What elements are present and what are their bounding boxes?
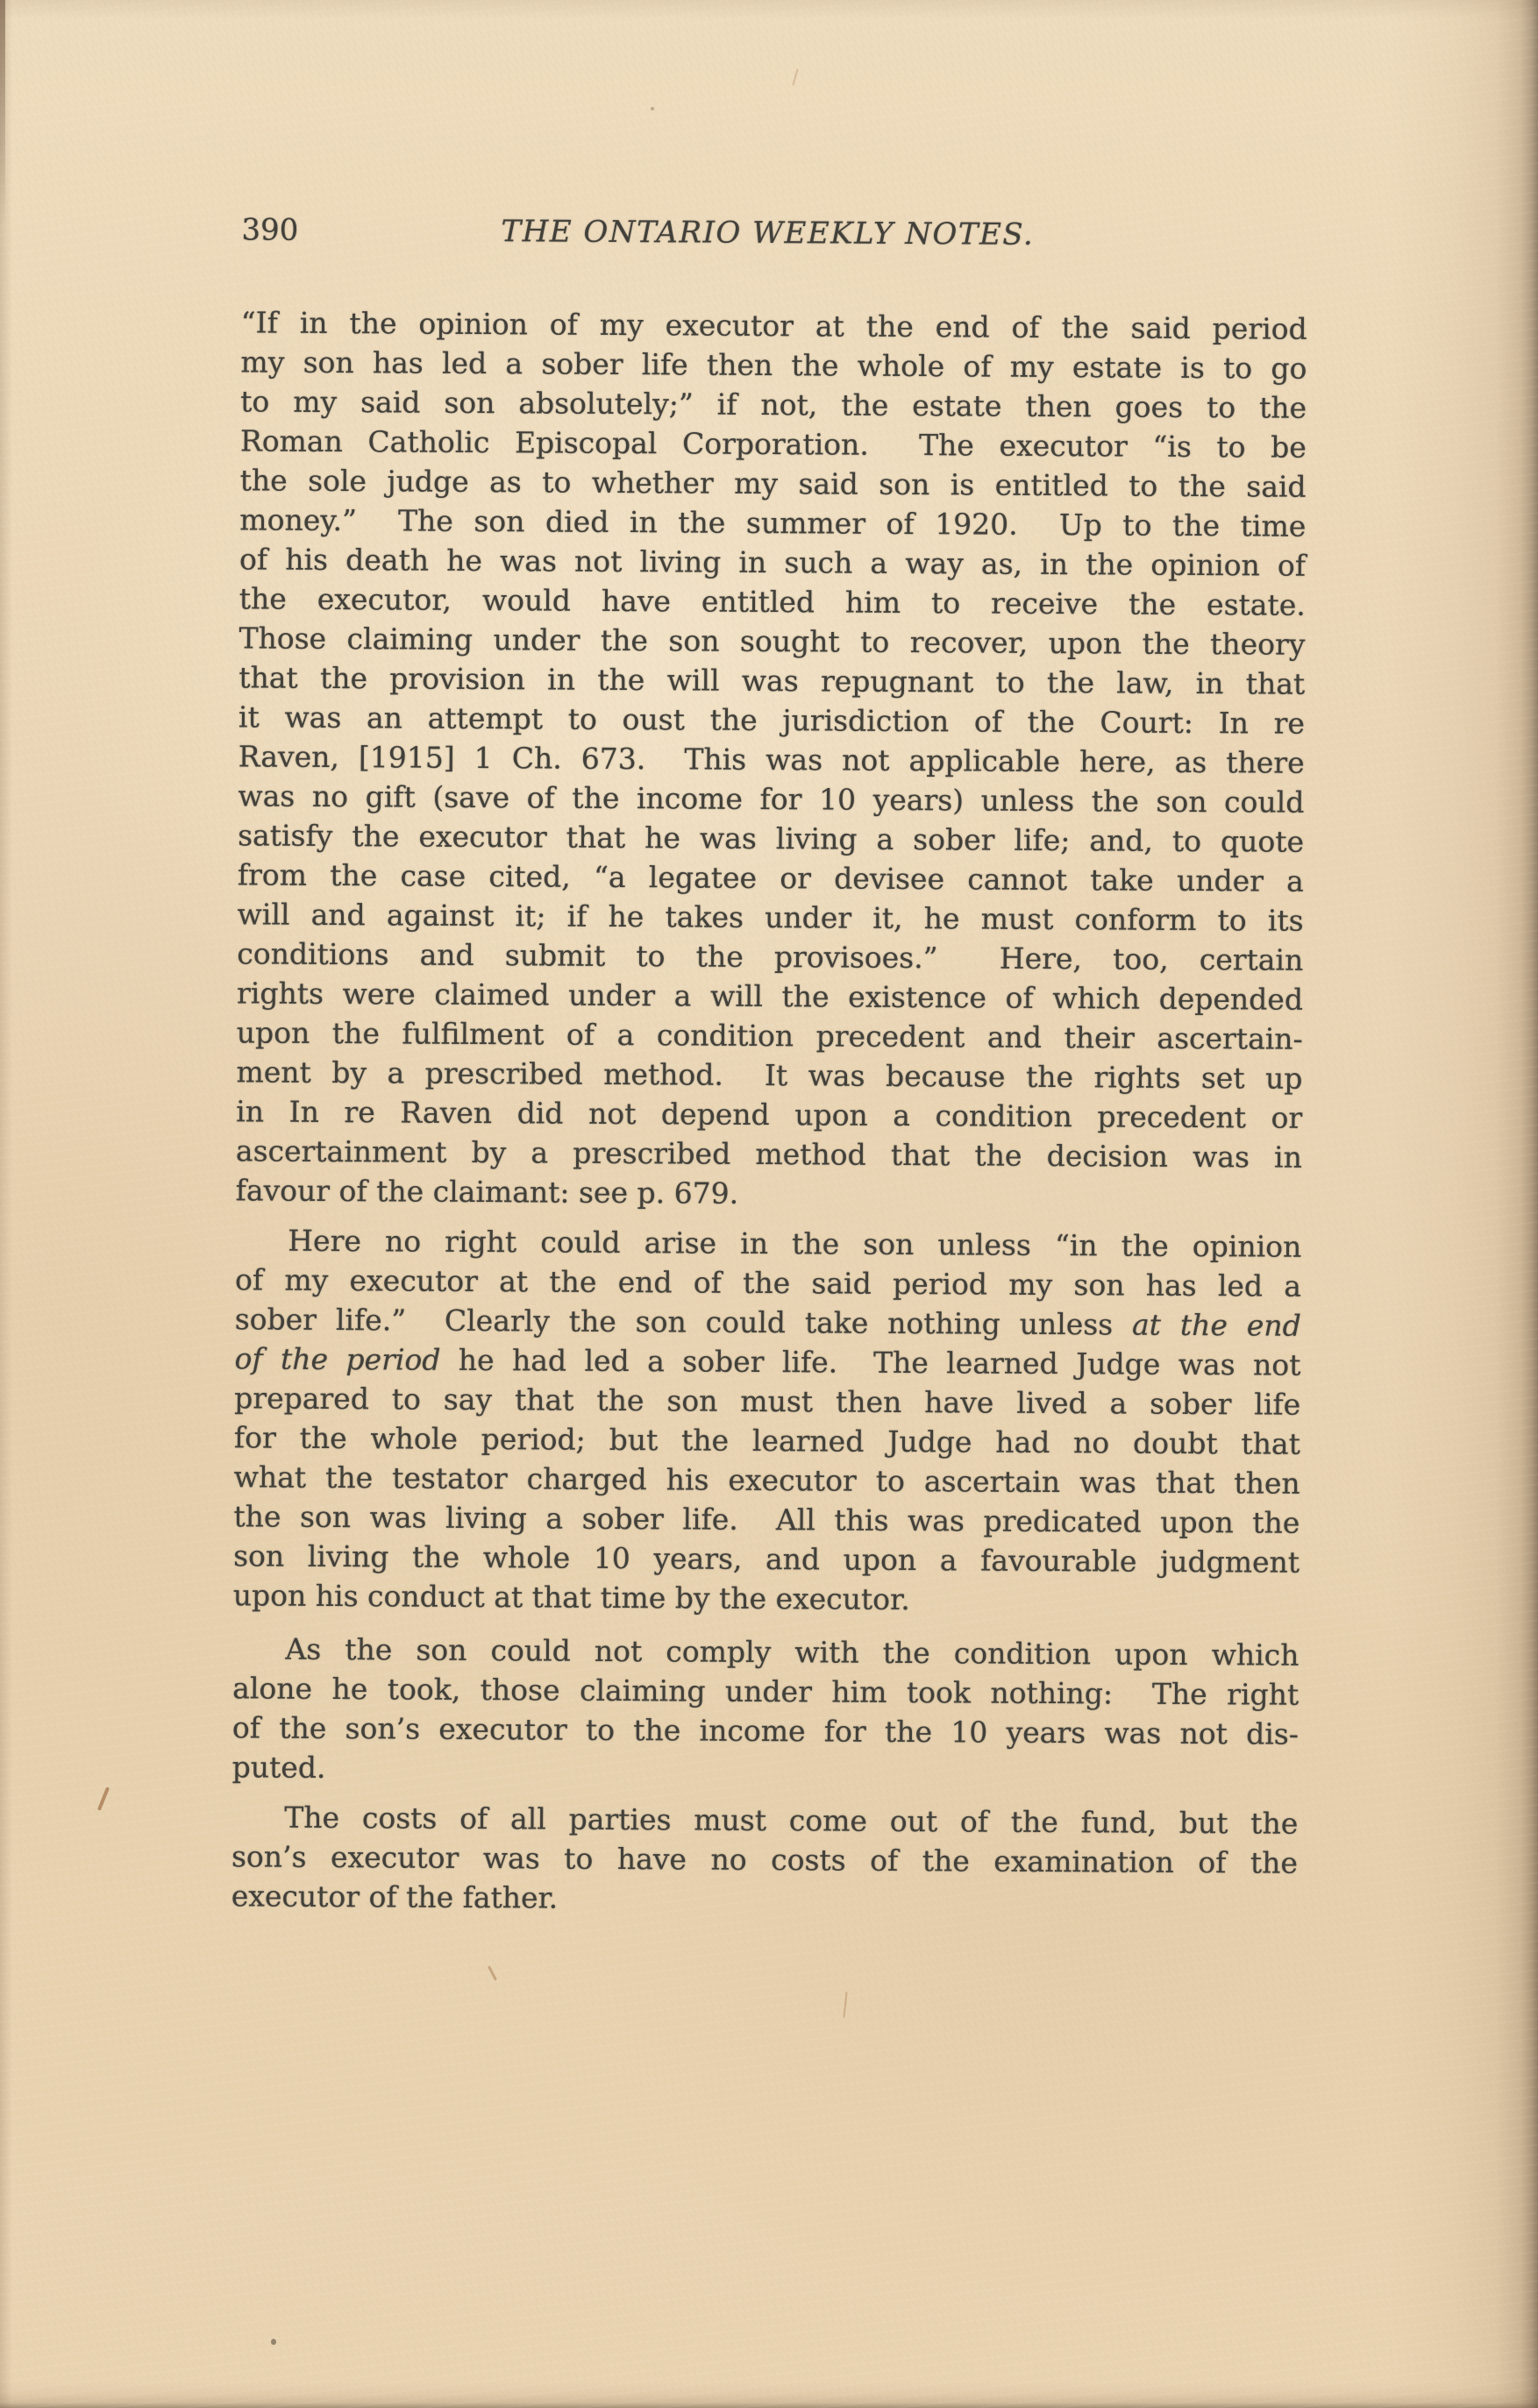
text-line: conditions and submit to the provisoes.”… xyxy=(237,934,1303,979)
body-text: sober life.” Clearly the son could take … xyxy=(235,1302,1133,1341)
body-text: Raven, [1915] 1 Ch. 673. This was not ap… xyxy=(239,739,1305,779)
body-text: Roman Catholic Episcopal Corporation. Th… xyxy=(240,423,1307,464)
body-text: was no gift (save of the income for 10 y… xyxy=(238,778,1304,819)
body-text: in In re Raven did not depend upon a con… xyxy=(236,1094,1302,1134)
body-text: puted. xyxy=(232,1750,326,1785)
paragraph: As the son could not comply with the con… xyxy=(232,1629,1299,1793)
body-text: will and against it; if he takes under i… xyxy=(237,897,1303,937)
text-line: from the case cited, “a legatee or devis… xyxy=(238,855,1304,900)
book-page: 390 THE ONTARIO WEEKLY NOTES. “If in the… xyxy=(0,0,1538,2408)
body-text: upon his conduct at that time by the exe… xyxy=(233,1578,910,1616)
text-block: “If in the opinion of my executor at the… xyxy=(231,302,1307,1932)
text-line: for the whole period; but the learned Ju… xyxy=(234,1417,1300,1463)
text-line: the sole judge as to whether my said son… xyxy=(240,460,1307,506)
body-text: that the provision in the will was repug… xyxy=(239,660,1305,700)
text-line: will and against it; if he takes under i… xyxy=(237,894,1303,940)
body-text: ascertainment by a prescribed method tha… xyxy=(236,1133,1302,1174)
page-header: 390 THE ONTARIO WEEKLY NOTES. xyxy=(0,210,1536,258)
text-line: executor of the father. xyxy=(231,1876,1298,1921)
italic-text: of the period xyxy=(234,1341,440,1376)
text-line: Roman Catholic Episcopal Corporation. Th… xyxy=(240,421,1307,466)
running-title: THE ONTARIO WEEKLY NOTES. xyxy=(0,210,1536,258)
body-text: what the testator charged his executor t… xyxy=(234,1460,1300,1500)
text-line: ment by a prescribed method. It was beca… xyxy=(236,1052,1302,1097)
text-line: satisfy the executor that he was living … xyxy=(238,815,1304,861)
body-text: conditions and submit to the provisoes.”… xyxy=(237,936,1303,977)
text-line: puted. xyxy=(232,1747,1299,1793)
text-line: upon the fulfilment of a condition prece… xyxy=(237,1012,1303,1058)
body-text: executor of the father. xyxy=(231,1879,559,1914)
body-text: rights were claimed under a will the exi… xyxy=(237,976,1303,1016)
body-text: the sole judge as to whether my said son… xyxy=(240,463,1307,503)
text-line: of my executor at the end of the said pe… xyxy=(235,1260,1301,1305)
text-line: the executor, would have entitled him to… xyxy=(239,579,1306,624)
text-line: Those claiming under the son sought to r… xyxy=(239,618,1305,664)
body-text: son’s executor was to have no costs of t… xyxy=(231,1839,1298,1879)
body-text: to my said son absolutely;” if not, the … xyxy=(240,384,1307,424)
text-line: of the period he had led a sober life. T… xyxy=(234,1339,1300,1384)
text-line: in In re Raven did not depend upon a con… xyxy=(236,1091,1302,1137)
body-text: money.” The son died in the summer of 19… xyxy=(239,502,1306,543)
body-text: Here no right could arise in the son unl… xyxy=(288,1224,1301,1264)
body-text: prepared to say that the son must then h… xyxy=(234,1381,1300,1421)
body-text: satisfy the executor that he was living … xyxy=(238,818,1304,858)
body-text: of the son’s executor to the income for … xyxy=(232,1710,1299,1751)
body-text: it was an attempt to oust the jurisdicti… xyxy=(239,700,1305,740)
text-line: rights were claimed under a will the exi… xyxy=(237,973,1303,1019)
text-line: prepared to say that the son must then h… xyxy=(234,1378,1300,1424)
text-line: son’s executor was to have no costs of t… xyxy=(231,1836,1298,1882)
body-text: from the case cited, “a legatee or devis… xyxy=(238,857,1304,898)
body-text: ment by a prescribed method. It was beca… xyxy=(236,1055,1302,1095)
text-line: to my said son absolutely;” if not, the … xyxy=(240,381,1307,427)
paragraph: The costs of all parties must come out o… xyxy=(231,1797,1299,1921)
text-line: favour of the claimant: see p. 679. xyxy=(236,1170,1302,1216)
text-line: my son has led a sober life then the who… xyxy=(240,342,1307,387)
text-line: of his death he was not living in such a… xyxy=(239,539,1306,585)
text-line: Raven, [1915] 1 Ch. 673. This was not ap… xyxy=(239,736,1305,782)
text-line: was no gift (save of the income for 10 y… xyxy=(238,776,1304,821)
text-line: Here no right could arise in the son unl… xyxy=(235,1220,1301,1266)
body-text: for the whole period; but the learned Ju… xyxy=(234,1420,1300,1460)
text-line: As the son could not comply with the con… xyxy=(232,1629,1299,1674)
page-number: 390 xyxy=(241,210,298,249)
paragraph: “If in the opinion of my executor at the… xyxy=(236,302,1307,1216)
body-text: of his death he was not living in such a… xyxy=(239,542,1306,582)
text-line: it was an attempt to oust the jurisdicti… xyxy=(239,697,1305,742)
body-text: he had led a sober life. The learned Jud… xyxy=(440,1343,1300,1382)
paragraph: Here no right could arise in the son unl… xyxy=(233,1220,1302,1621)
body-text: the son was living a sober life. All thi… xyxy=(233,1499,1299,1539)
body-text: The costs of all parties must come out o… xyxy=(284,1801,1298,1841)
italic-text: at the end xyxy=(1132,1308,1301,1343)
body-text: the executor, would have entitled him to… xyxy=(239,581,1306,622)
body-text: my son has led a sober life then the who… xyxy=(240,345,1307,385)
text-line: money.” The son died in the summer of 19… xyxy=(239,500,1306,545)
text-line: alone he took, those claiming under him … xyxy=(232,1668,1299,1714)
text-line: “If in the opinion of my executor at the… xyxy=(241,302,1307,348)
text-line: upon his conduct at that time by the exe… xyxy=(233,1575,1299,1621)
text-line: The costs of all parties must come out o… xyxy=(231,1797,1298,1843)
body-text: of my executor at the end of the said pe… xyxy=(235,1262,1301,1303)
text-line: ascertainment by a prescribed method tha… xyxy=(236,1131,1302,1176)
body-text: As the son could not comply with the con… xyxy=(285,1632,1299,1673)
body-text: favour of the claimant: see p. 679. xyxy=(236,1173,739,1211)
text-line: that the provision in the will was repug… xyxy=(239,657,1305,703)
body-text: upon the fulfilment of a condition prece… xyxy=(237,1015,1303,1055)
text-line: what the testator charged his executor t… xyxy=(234,1457,1300,1502)
text-line: the son was living a sober life. All thi… xyxy=(233,1496,1299,1542)
body-text: “If in the opinion of my executor at the… xyxy=(241,305,1307,345)
page-content: 390 THE ONTARIO WEEKLY NOTES. “If in the… xyxy=(0,0,1538,2408)
text-line: son living the whole 10 years, and upon … xyxy=(233,1536,1299,1581)
body-text: son living the whole 10 years, and upon … xyxy=(233,1538,1299,1579)
body-text: alone he took, those claiming under him … xyxy=(232,1671,1299,1711)
text-line: sober life.” Clearly the son could take … xyxy=(235,1299,1301,1345)
body-text: Those claiming under the son sought to r… xyxy=(239,621,1305,661)
text-line: of the son’s executor to the income for … xyxy=(232,1708,1299,1753)
